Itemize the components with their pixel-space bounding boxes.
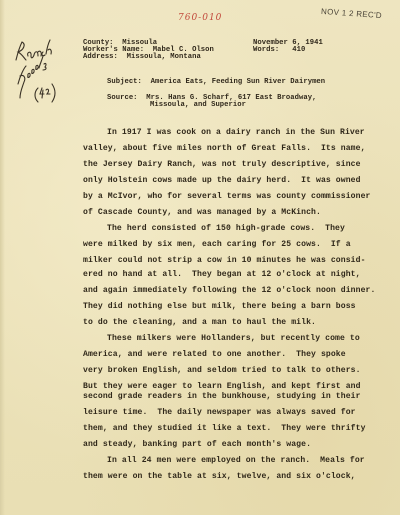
body-line: These milkers were Hollanders, but recen…: [107, 334, 360, 343]
body-line: and steady, banking part of each month's…: [83, 440, 311, 449]
body-line: They did nothing else but milk, there be…: [83, 302, 356, 311]
body-line: very broken English, and seldom tried to…: [83, 366, 361, 375]
body-line: them, and they studied it like a text. T…: [83, 424, 366, 433]
handwritten-note-icon: [12, 38, 62, 110]
word-count-field: Words: 410: [253, 47, 305, 54]
body-line: of Cascade County, and was managed by a …: [83, 208, 321, 217]
body-line: But they were eager to learn English, an…: [83, 382, 361, 391]
body-line: ered no hand at all. They began at 12 o'…: [83, 270, 361, 279]
document-page: 760-010 NOV 1 2 REC'D County: Missoula W…: [0, 0, 400, 515]
body-line: second grade readers in the bunkhouse, s…: [83, 392, 361, 401]
page-edge-shadow: [0, 0, 5, 515]
catalog-number: 760-010: [178, 13, 222, 23]
body-line: valley, about five miles north of Great …: [83, 144, 366, 153]
body-line: milker could not strip a cow in 10 minut…: [83, 256, 366, 265]
received-stamp: NOV 1 2 REC'D: [321, 7, 382, 20]
body-line: leisure time. The daily newspaper was al…: [83, 408, 356, 417]
body-line: them were on the table at six, twelve, a…: [83, 472, 356, 481]
body-line: In 1917 I was cook on a dairy ranch in t…: [107, 128, 365, 137]
body-line: In all 24 men were employed on the ranch…: [107, 456, 365, 465]
body-line: and again immediately following the 12 o…: [83, 286, 375, 295]
body-line: the Jersey Dairy Ranch, was not truly de…: [83, 160, 361, 169]
body-line: America, and were related to one another…: [83, 350, 346, 359]
source-line-2: Missoula, and Superior: [150, 102, 246, 109]
body-line: were milked by six men, each caring for …: [83, 240, 351, 249]
subject-line: Subject: America Eats, Feeding Sun River…: [107, 79, 325, 86]
body-line: to do the cleaning, and a man to haul th…: [83, 318, 316, 327]
body-line: only Holstein cows made up the dairy her…: [83, 176, 361, 185]
body-line: by a McIvor, who for several terms was c…: [83, 192, 371, 201]
body-line: The herd consisted of 150 high-grade cow…: [107, 224, 345, 233]
address-field: Address: Missoula, Montana: [83, 54, 201, 61]
